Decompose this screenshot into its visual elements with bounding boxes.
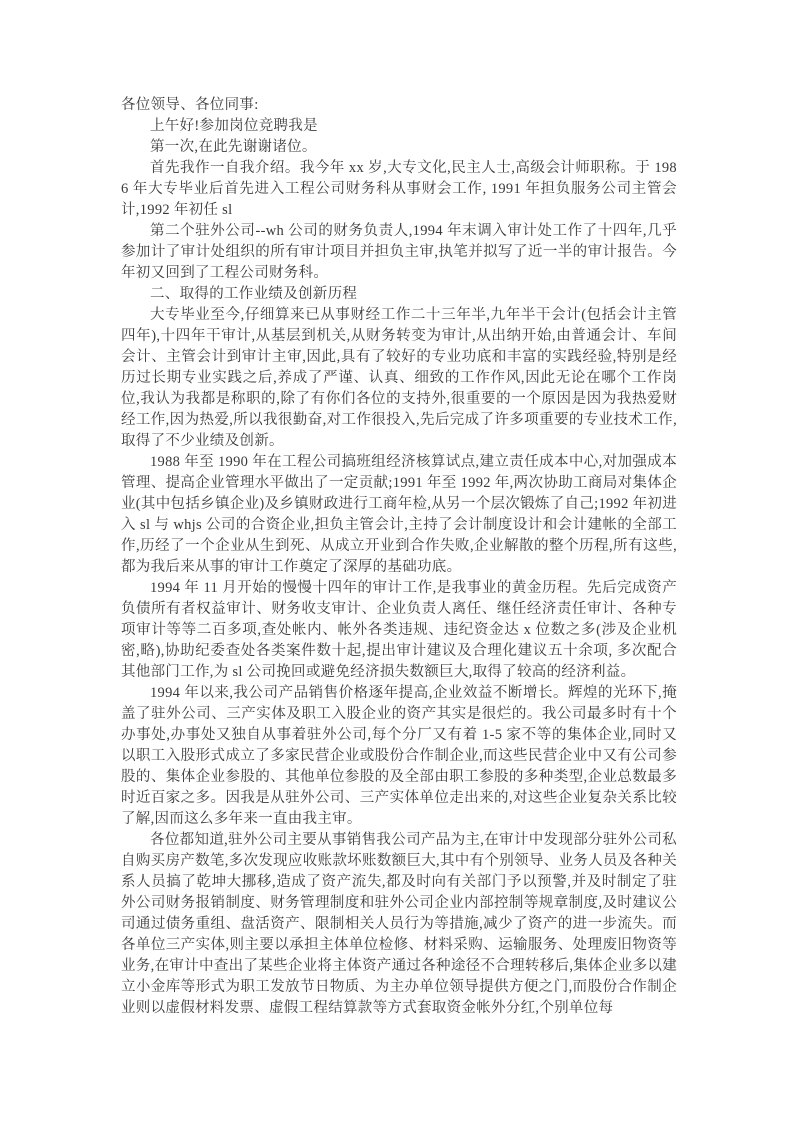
paragraph-audit-findings: 各位都知道,驻外公司主要从事销售我公司产品为主,在审计中发现部分驻外公司私自购买… — [121, 830, 677, 1019]
paragraph-audit-career: 1994 年 11 月开始的慢慢十四年的审计工作,是我事业的黄金历程。先后完成资… — [121, 578, 677, 683]
salutation-line: 各位领导、各位同事: — [121, 95, 677, 116]
paragraph-career-history: 第二个驻外公司--wh 公司的财务负责人,1994 年末调入审计处工作了十四年,… — [121, 221, 677, 284]
opening-line-2: 第一次,在此先谢谢诸位。 — [121, 137, 677, 158]
document-page: 各位领导、各位同事: 上午好!参加岗位竞聘我是 第一次,在此先谢谢诸位。 首先我… — [121, 95, 677, 1019]
paragraph-1988-1992-work: 1988 年至 1990 年在工程公司搞班组经济核算试点,建立责任成本中心,对加… — [121, 452, 677, 578]
paragraph-experience-summary: 大专毕业至今,仔细算来已从事财经工作二十三年半,九年半干会计(包括会计主管四年)… — [121, 305, 677, 452]
paragraph-company-situation: 1994 年以来,我公司产品销售价格逐年提高,企业效益不断增长。辉煌的光环下,掩… — [121, 683, 677, 830]
opening-line-1: 上午好!参加岗位竞聘我是 — [121, 116, 677, 137]
paragraph-self-introduction: 首先我作一自我介绍。我今年 xx 岁,大专文化,民主人士,高级会计师职称。于 1… — [121, 158, 677, 221]
section-heading-achievements: 二、取得的工作业绩及创新历程 — [121, 284, 677, 305]
